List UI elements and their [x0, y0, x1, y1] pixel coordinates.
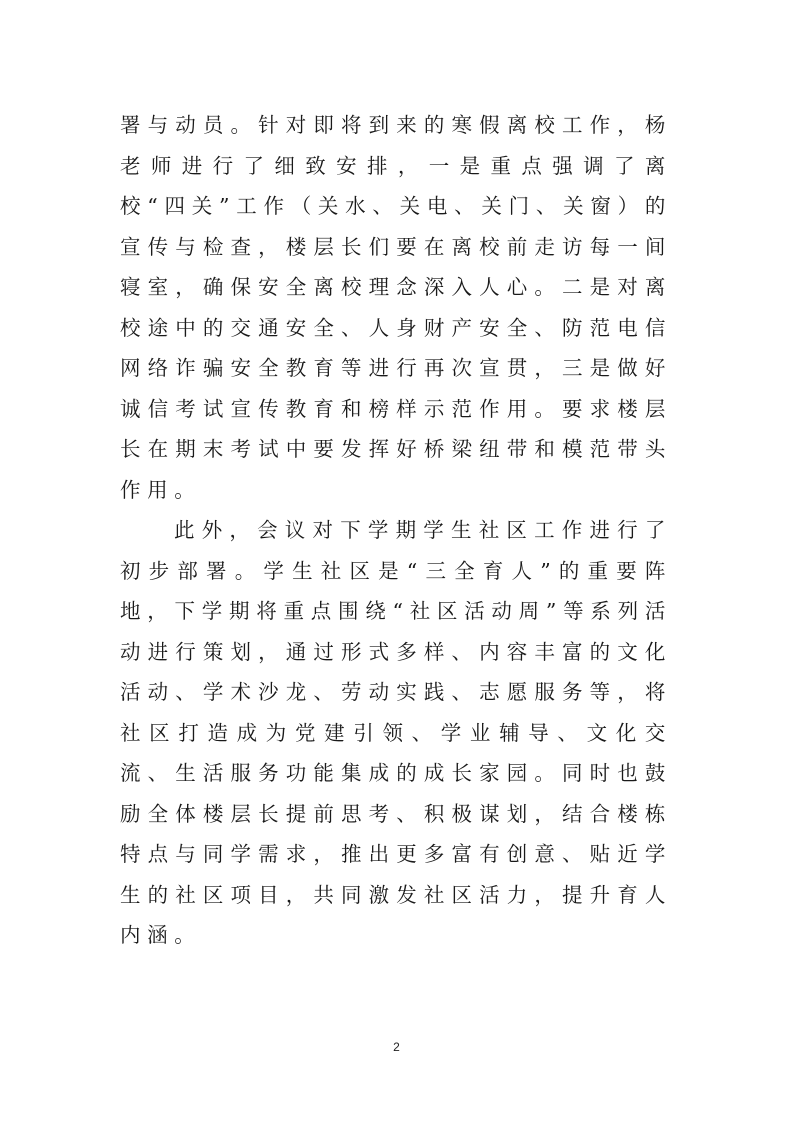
- paragraph-departure-safety: 署与动员。针对即将到来的寒假离校工作，杨老师进行了细致安排，一是重点强调了离校“…: [120, 105, 672, 510]
- page-number: 2: [0, 1040, 793, 1054]
- document-body: 署与动员。针对即将到来的寒假离校工作，杨老师进行了细致安排，一是重点强调了离校“…: [120, 105, 672, 956]
- paragraph-community-plan: 此外，会议对下学期学生社区工作进行了初步部署。学生社区是“三全育人”的重要阵地，…: [120, 510, 672, 956]
